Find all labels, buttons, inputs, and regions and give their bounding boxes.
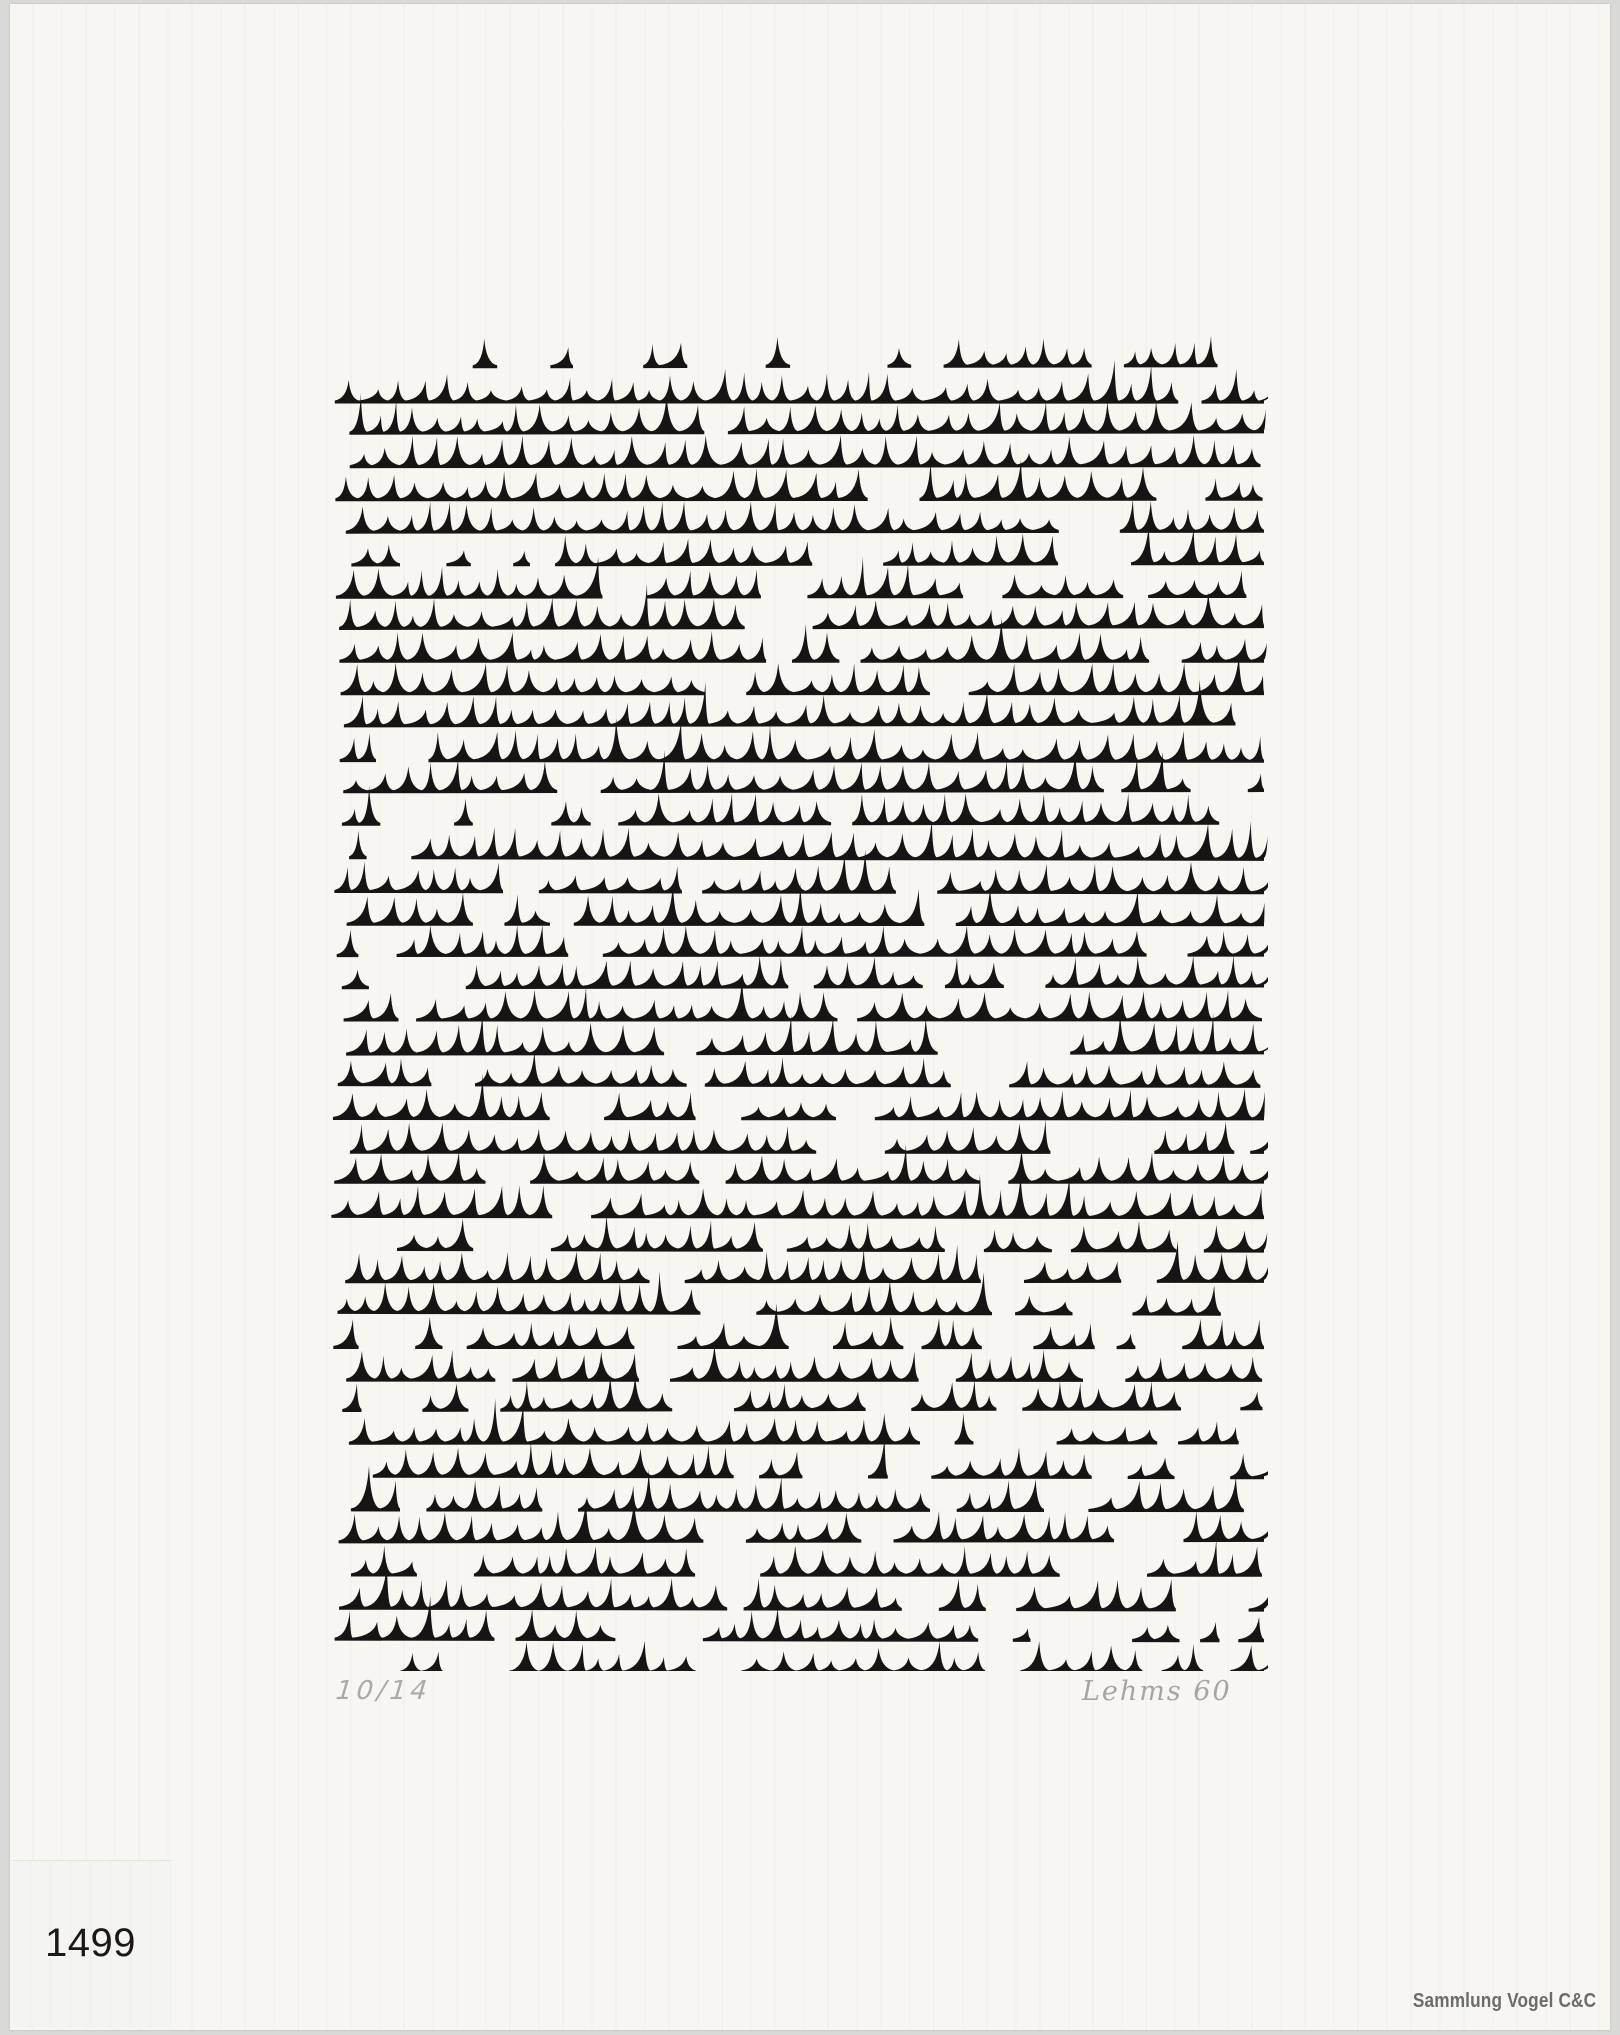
edition-number: 10/14 — [334, 1676, 432, 1706]
catalog-label: 1499 — [12, 1860, 171, 2027]
abstract-print-artwork — [331, 331, 1268, 1671]
artist-signature: Lehms 60 — [1082, 1676, 1232, 1707]
print-pattern — [331, 331, 1268, 1671]
collection-watermark: Sammlung Vogel C&C — [1413, 1990, 1596, 2013]
catalog-number: 1499 — [45, 1921, 136, 1966]
